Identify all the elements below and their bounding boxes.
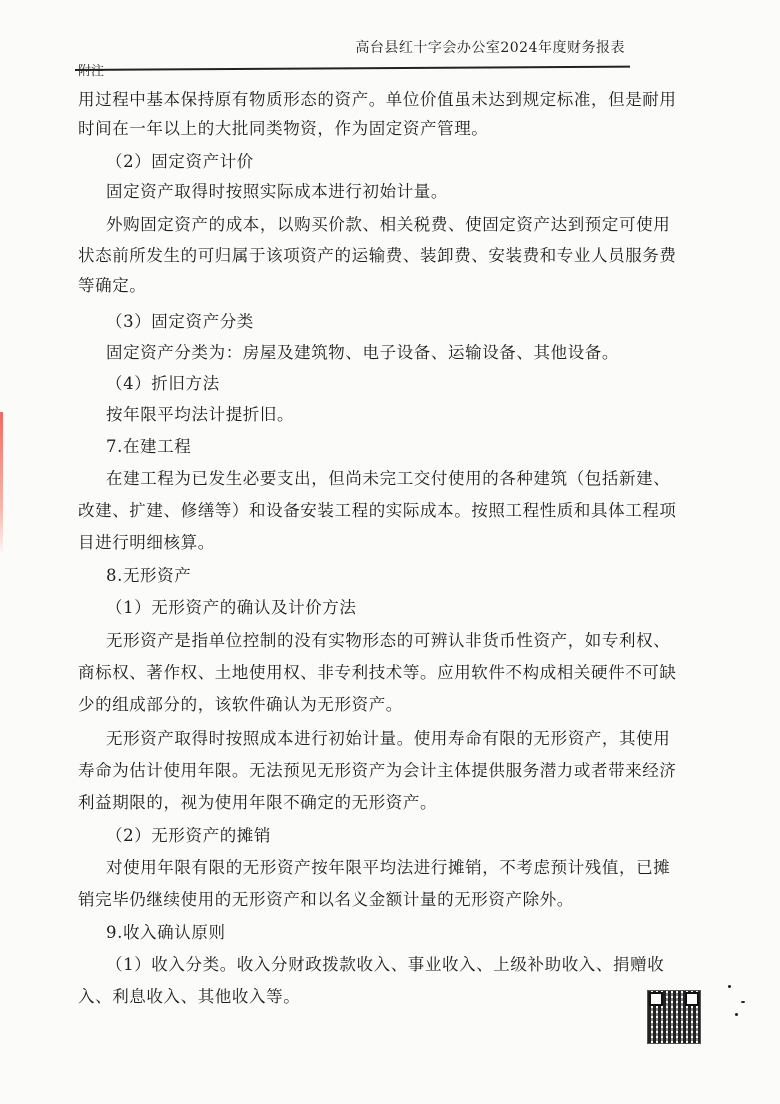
report-title: 高台县红十字会办公室2024年度财务报表	[355, 37, 625, 57]
text-line: 固定资产分类为：房屋及建筑物、电子设备、运输设备、其他设备。	[106, 343, 619, 363]
text-line: 外购固定资产的成本，以购买价款、相关税费、使固定资产达到预定可使用	[106, 215, 670, 235]
text-line: （3）固定资产分类	[106, 312, 254, 332]
speck-mark	[741, 1001, 745, 1003]
text-line: 7.在建工程	[106, 437, 191, 457]
header-divider	[75, 66, 630, 71]
speck-mark	[735, 1013, 738, 1016]
speck-mark	[728, 985, 731, 988]
text-line: 寿命为估计使用年限。无法预见无形资产为会计主体提供服务潜力或者带来经济	[78, 761, 677, 781]
text-line: （1）无形资产的确认及计价方法	[106, 598, 357, 618]
text-line: 9.收入确认原则	[106, 923, 226, 943]
text-line: 目进行明细核算。	[78, 533, 215, 553]
text-line: 无形资产取得时按照成本进行初始计量。使用寿命有限的无形资产，其使用	[106, 729, 670, 749]
scan-edge-mark	[0, 412, 3, 552]
text-line: 对使用年限有限的无形资产按年限平均法进行摊销，不考虑预计残值，已摊	[106, 858, 670, 878]
qr-code-icon	[647, 990, 701, 1044]
text-line: 时间在一年以上的大批同类物资，作为固定资产管理。	[78, 119, 488, 139]
text-line: （4）折旧方法	[106, 374, 220, 394]
text-line: 8.无形资产	[106, 566, 191, 586]
text-line: 无形资产是指单位控制的没有实物形态的可辨认非货币性资产，如专利权、	[106, 631, 670, 651]
text-line: （2）无形资产的摊销	[106, 826, 271, 846]
text-line: 等确定。	[78, 276, 146, 296]
text-line: 利益期限的，视为使用年限不确定的无形资产。	[78, 793, 437, 813]
text-line: 销完毕仍继续使用的无形资产和以名义金额计量的无形资产除外。	[78, 890, 574, 910]
text-line: 用过程中基本保持原有物质形态的资产。单位价值虽未达到规定标准，但是耐用	[78, 90, 677, 110]
text-line: 固定资产取得时按照实际成本进行初始计量。	[106, 182, 448, 202]
text-line: 按年限平均法计提折旧。	[106, 405, 294, 425]
text-line: 入、利息收入、其他收入等。	[78, 987, 300, 1007]
text-line: 状态前所发生的可归属于该项资产的运输费、装卸费、安装费和专业人员服务费	[78, 246, 677, 266]
text-line: 在建工程为已发生必要支出，但尚未完工交付使用的各种建筑（包括新建、	[106, 469, 670, 489]
text-line: 改建、扩建、修缮等）和设备安装工程的实际成本。按照工程性质和具体工程项	[78, 501, 677, 521]
text-line: 商标权、著作权、土地使用权、非专利技术等。应用软件不构成相关硬件不可缺	[78, 663, 677, 683]
text-line: 少的组成部分的，该软件确认为无形资产。	[78, 695, 403, 715]
text-line: （2）固定资产计价	[106, 152, 254, 172]
text-line: （1）收入分类。收入分财政拨款收入、事业收入、上级补助收入、捐赠收	[106, 955, 664, 975]
